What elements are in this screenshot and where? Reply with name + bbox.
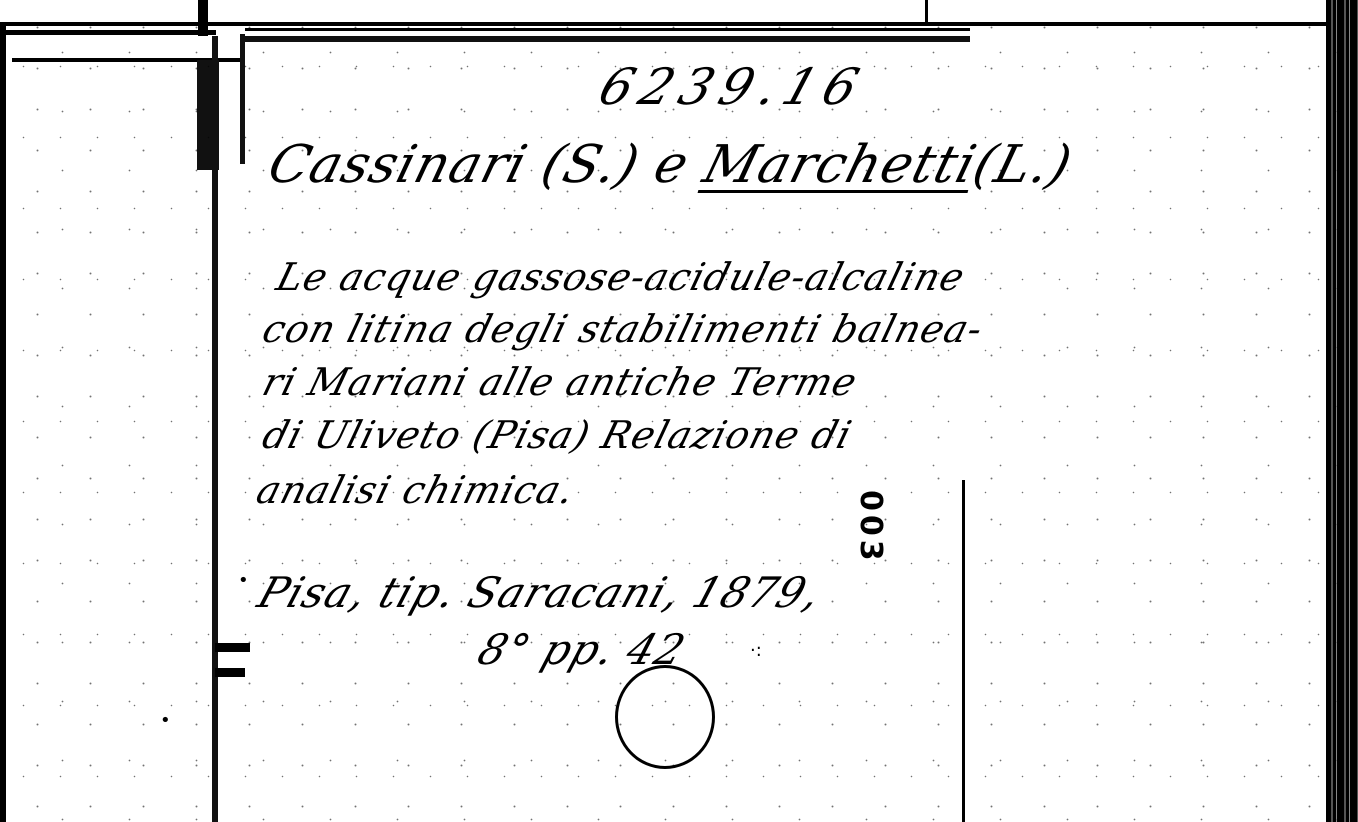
scanned-catalog-card: 6239.16 Cassinari (S.) e Marchetti(L.) L… (0, 0, 1358, 822)
call-number: 6239.16 (592, 58, 874, 116)
card-top-edge (245, 28, 970, 31)
title-line: di Uliveto (Pisa) Relazione di (258, 413, 857, 457)
right-scan-border-texture (1328, 0, 1358, 822)
card-right-edge (962, 480, 965, 822)
card-left-edge (212, 36, 218, 822)
author-surname: Cassinari (262, 135, 534, 195)
ink-dot: ·: (750, 640, 762, 661)
coauthor-initial: (L.) (967, 135, 1079, 195)
imprint: Pisa, tip. Saracani, 1879, (252, 568, 828, 617)
title-line: ri Mariani alle antiche Terme (258, 360, 862, 404)
card-tab-mark (215, 668, 245, 677)
drawer-divider-stub-right (925, 0, 928, 22)
drawer-divider-stub (198, 0, 208, 36)
title-line: analisi chimica. (252, 468, 580, 512)
circle-stamp-icon (615, 665, 715, 769)
stamp-number: 003 (853, 490, 888, 565)
left-scan-edge-shadow (0, 160, 5, 420)
ink-dot: • (238, 570, 249, 591)
author-heading: Cassinari (S.) e Marchetti(L.) (262, 135, 1079, 195)
ink-dot: • (160, 710, 171, 731)
drawer-top-rule-secondary (6, 30, 216, 35)
coauthor-surname: Marchetti (697, 135, 983, 195)
title-line: con litina degli stabilimenti balnea- (258, 307, 988, 351)
card-left-edge-inner (240, 34, 245, 164)
card-tab-mark (215, 643, 250, 652)
card-top-border (245, 36, 970, 42)
author-joiner: (S.) e (535, 135, 695, 195)
left-scan-edge (0, 26, 6, 822)
title-line: Le acque gassose-acidule-alcaline (272, 255, 970, 299)
